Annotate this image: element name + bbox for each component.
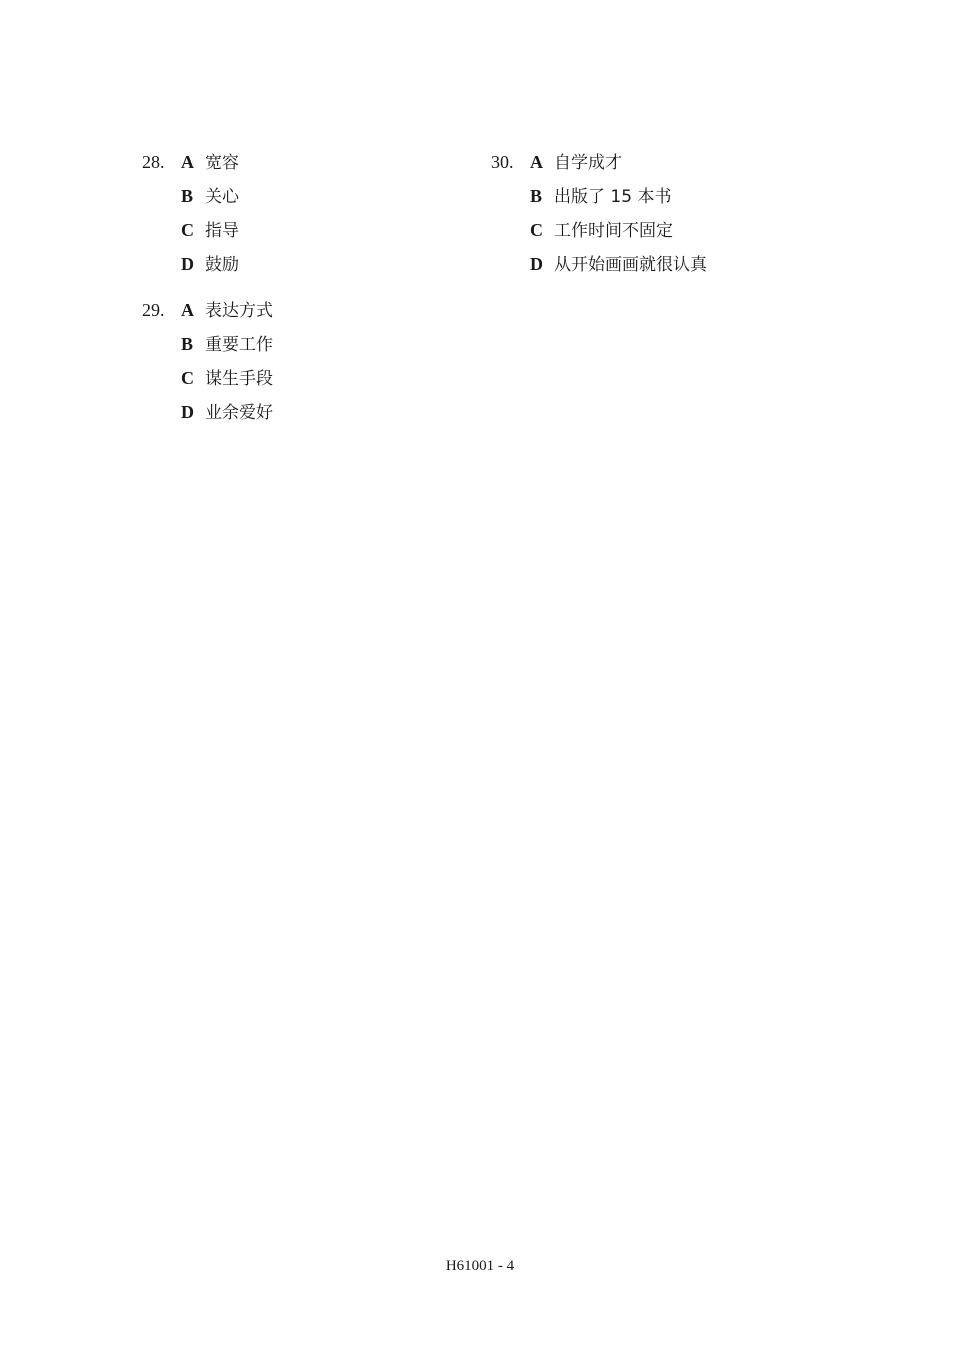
option-letter: B: [530, 184, 554, 208]
option-text: 关心: [205, 187, 239, 207]
option-letter: D: [181, 400, 205, 424]
option-letter: D: [530, 252, 554, 276]
option-b: B重要工作: [181, 332, 273, 356]
option-letter: A: [181, 150, 205, 174]
option-letter: C: [530, 218, 554, 242]
option-text: 重要工作: [205, 335, 273, 355]
option-c: C工作时间不固定: [530, 218, 673, 242]
option-text: 鼓励: [205, 255, 239, 275]
option-text: 业余爱好: [205, 403, 273, 423]
option-a: A宽容: [181, 150, 239, 174]
option-d: D鼓励: [181, 252, 239, 276]
option-a: A自学成才: [530, 150, 622, 174]
option-text: 从开始画画就很认真: [554, 255, 707, 275]
question-number: 29.: [142, 298, 165, 322]
option-letter: C: [181, 218, 205, 242]
option-d: D从开始画画就很认真: [530, 252, 707, 276]
option-text: 表达方式: [205, 301, 273, 321]
option-letter: B: [181, 184, 205, 208]
option-a: A表达方式: [181, 298, 273, 322]
page-footer: H61001 - 4: [0, 1258, 960, 1275]
option-letter: C: [181, 366, 205, 390]
option-b: B关心: [181, 184, 239, 208]
option-c: C谋生手段: [181, 366, 273, 390]
option-letter: A: [530, 150, 554, 174]
option-text: 工作时间不固定: [554, 221, 673, 241]
option-d: D业余爱好: [181, 400, 273, 424]
option-letter: D: [181, 252, 205, 276]
question-number: 28.: [142, 150, 165, 174]
option-text: 自学成才: [554, 153, 622, 173]
option-text: 指导: [205, 221, 239, 241]
option-c: C指导: [181, 218, 239, 242]
option-letter: A: [181, 298, 205, 322]
option-text: 宽容: [205, 153, 239, 173]
option-text: 出版了 15 本书: [554, 187, 671, 207]
option-text: 谋生手段: [205, 369, 273, 389]
option-letter: B: [181, 332, 205, 356]
option-b: B出版了 15 本书: [530, 184, 671, 208]
question-number: 30.: [491, 150, 514, 174]
